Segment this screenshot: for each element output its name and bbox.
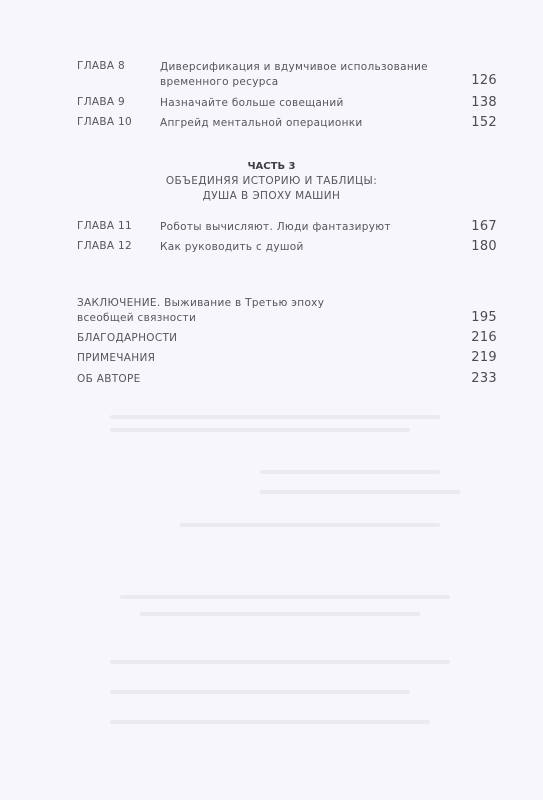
chapter-title: Роботы вычисляют. Люди фантазируют [160, 220, 391, 235]
chapter-title: Диверсификация и вдумчивое использование… [160, 60, 428, 90]
chapter-title-line: временного ресурса [160, 75, 428, 90]
entry-title-line: всеобщей связности [77, 311, 324, 326]
entry-title: ОБ АВТОРЕ [77, 372, 141, 387]
entry-title: ЗАКЛЮЧЕНИЕ. Выживание в Третью эпоху все… [77, 296, 324, 326]
chapter-title: Как руководить с душой [160, 240, 304, 255]
chapter-title-line: Диверсификация и вдумчивое использование [160, 60, 428, 75]
entry-title-line: ЗАКЛЮЧЕНИЕ. Выживание в Третью эпоху [77, 296, 324, 311]
page-number: 219 [471, 350, 497, 365]
chapter-label: ГЛАВА 12 [77, 240, 132, 252]
page-number: 233 [471, 371, 497, 386]
page-number: 195 [471, 310, 497, 325]
chapter-title: Назначайте больше совещаний [160, 96, 344, 111]
chapter-title: Апгрейд ментальной операционки [160, 116, 363, 131]
page-number: 167 [471, 219, 497, 234]
chapter-label: ГЛАВА 11 [77, 220, 132, 232]
part-title-line: ОБЪЕДИНЯЯ ИСТОРИЮ И ТАБЛИЦЫ: [0, 174, 543, 189]
part-number: ЧАСТЬ 3 [0, 161, 543, 172]
chapter-label: ГЛАВА 10 [77, 116, 132, 128]
page-number: 138 [471, 95, 497, 110]
chapter-label: ГЛАВА 9 [77, 96, 125, 108]
chapter-label: ГЛАВА 8 [77, 60, 125, 72]
page-number: 152 [471, 115, 497, 130]
part-title-line: ДУША В ЭПОХУ МАШИН [0, 189, 543, 204]
page-number: 180 [471, 239, 497, 254]
page-number: 216 [471, 330, 497, 345]
part-title: ОБЪЕДИНЯЯ ИСТОРИЮ И ТАБЛИЦЫ: ДУША В ЭПОХ… [0, 174, 543, 204]
toc-page: ГЛАВА 8 Диверсификация и вдумчивое испол… [0, 0, 543, 800]
entry-title: ПРИМЕЧАНИЯ [77, 351, 155, 366]
entry-title: БЛАГОДАРНОСТИ [77, 331, 177, 346]
page-number: 126 [471, 73, 497, 88]
